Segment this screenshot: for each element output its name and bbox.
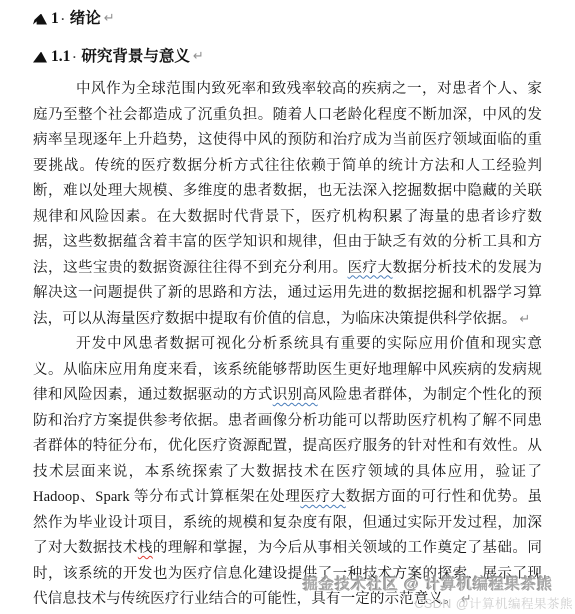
heading-chapter-1: 1 · 绪论 ↵ xyxy=(33,8,542,30)
outline-collapse-triangle-icon[interactable] xyxy=(33,14,47,25)
paragraph-mark-icon: ↵ xyxy=(104,8,115,30)
paragraph-mark-icon: ↵ xyxy=(519,312,530,327)
heading-title: 绪论 xyxy=(70,8,101,30)
heading-number: 1.1 xyxy=(51,46,70,68)
outline-collapse-triangle-icon[interactable] xyxy=(33,52,47,63)
paragraph-mark-icon: ↵ xyxy=(193,46,204,68)
spellcheck-flagged-text: 栈 xyxy=(138,540,153,556)
space-format-dot: · xyxy=(61,8,65,30)
spellcheck-flagged-text: 识别高 xyxy=(273,387,318,403)
heading-title: 研究背景与意义 xyxy=(81,46,190,68)
heading-section-1-1: 1.1 · 研究背景与意义 ↵ xyxy=(33,46,542,68)
heading-number: 1 xyxy=(51,8,59,30)
body-paragraph-2: 开发中风患者数据可视化分析系统具有重要的实际应用价值和现实意义。从临床应用角度来… xyxy=(33,332,542,613)
document-body: 1 · 绪论 ↵ 1.1 · 研究背景与意义 ↵ 中风作为全球范围内致死率和致残… xyxy=(0,0,575,613)
text-run: 风险患者群体，为制定个性化的预防和治疗方案提供参考依据。患者画像分析功能可以帮助… xyxy=(33,387,542,505)
paragraph-text: 中风作为全球范围内致死率和致残率较高的疾病之一，对患者个人、家庭乃至整个社会都造… xyxy=(33,81,542,327)
document-page: 1 · 绪论 ↵ 1.1 · 研究背景与意义 ↵ 中风作为全球范围内致死率和致残… xyxy=(0,0,575,614)
paragraph-text: 开发中风患者数据可视化分析系统具有重要的实际应用价值和现实意义。从临床应用角度来… xyxy=(33,336,542,607)
spellcheck-flagged-text: 医疗大 xyxy=(348,260,393,276)
space-format-dot: · xyxy=(72,46,76,68)
body-paragraph-1: 中风作为全球范围内致死率和致残率较高的疾病之一，对患者个人、家庭乃至整个社会都造… xyxy=(33,77,542,332)
text-run: 中风作为全球范围内致死率和致残率较高的疾病之一，对患者个人、家庭乃至整个社会都造… xyxy=(33,81,542,276)
paragraph-mark-icon: ↵ xyxy=(461,592,472,607)
spellcheck-flagged-text: 医疗大 xyxy=(300,489,345,505)
